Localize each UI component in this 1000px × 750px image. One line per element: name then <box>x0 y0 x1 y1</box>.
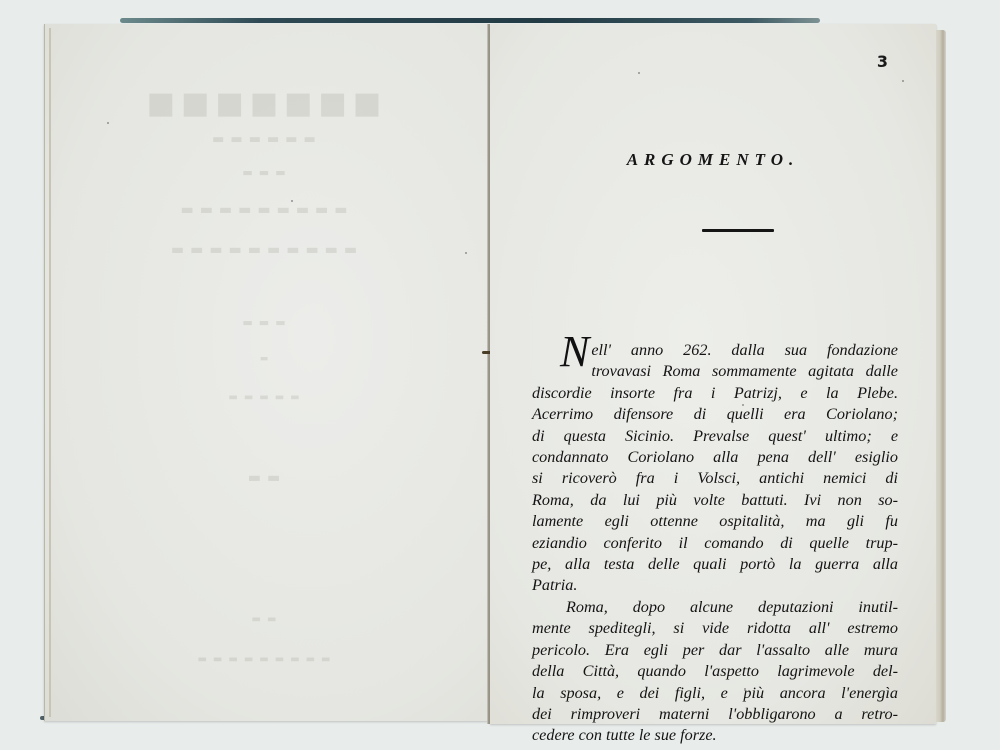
text-line: discordie insorte fra i Patrizj, e la Pl… <box>532 383 898 404</box>
text-line: lamente egli ottenne ospitalità, ma gli … <box>532 511 898 532</box>
show-through-text: ▬▬▬▬▬ <box>45 392 489 403</box>
text-line: dei rimproveri materni l'obbligarono a r… <box>532 704 898 725</box>
body-text: N ell' anno 262. dalla sua fondazione tr… <box>532 340 898 747</box>
show-through-text: ▬▬▬▬▬▬ <box>45 132 489 147</box>
show-through-text: ■■■■■■■ <box>45 86 489 121</box>
open-book: ■■■■■■■ ▬▬▬▬▬▬ ▬▬▬ ▬▬▬▬▬▬▬▬▬ ▬▬▬▬▬▬▬▬▬▬ … <box>0 0 1000 750</box>
text-line: mente speditegli, si vide ridotta all' e… <box>532 618 898 639</box>
book-cover-top-edge <box>120 18 820 23</box>
text-line: Roma, dopo alcune deputazioni inutil- <box>532 597 898 618</box>
decorative-rule <box>702 229 774 232</box>
drop-cap: N <box>560 337 589 367</box>
paragraph-2: Roma, dopo alcune deputazioni inutil- me… <box>532 597 898 747</box>
show-through-text: ▬▬▬ <box>45 166 489 179</box>
text-line: eziandio conferito il comando di quelle … <box>532 533 898 554</box>
text-line: la sposa, e dei figli, e più ancora l'en… <box>532 683 898 704</box>
show-through-text: ▬▬▬▬▬▬▬▬▬ <box>45 654 489 665</box>
text-line: Roma, da lui più volte battuti. Ivi non … <box>532 490 898 511</box>
right-page: 3 ARGOMENTO. N ell' anno 262. dalla sua … <box>490 24 936 724</box>
text-line: Patria. <box>532 575 898 596</box>
show-through-text: ▬▬ <box>45 470 489 486</box>
text-line: condannato Coriolano alla pena dell' esi… <box>532 447 898 468</box>
text-line: pe, alla testa delle quali portò la guer… <box>532 554 898 575</box>
text-line: cedere con tutte le sue forze. <box>532 725 898 746</box>
show-through-text: ▬ <box>45 354 489 364</box>
show-through-text: ▬▬▬ <box>45 316 489 329</box>
show-through-text: ▬▬ <box>45 614 489 625</box>
show-through-text: ▬▬▬▬▬▬▬▬▬ <box>45 202 489 218</box>
page-number: 3 <box>877 52 888 71</box>
left-page: ■■■■■■■ ▬▬▬▬▬▬ ▬▬▬ ▬▬▬▬▬▬▬▬▬ ▬▬▬▬▬▬▬▬▬▬ … <box>44 24 489 721</box>
text-line: pericolo. Era egli per dar l'assalto all… <box>532 640 898 661</box>
section-heading: ARGOMENTO. <box>490 150 936 170</box>
text-line: si ricoverò fra i Volsci, antichi nemici… <box>532 468 898 489</box>
text-line: di questa Sicinio. Prevalse quest' ultim… <box>532 426 898 447</box>
paragraph-1: N ell' anno 262. dalla sua fondazione tr… <box>532 340 898 597</box>
right-page-edge-stack <box>936 30 946 722</box>
text-line: Acerrimo difensore di quelli era Coriola… <box>532 404 898 425</box>
text-line: della Città, quando l'aspetto lagrimevol… <box>532 661 898 682</box>
show-through-text: ▬▬▬▬▬▬▬▬▬▬ <box>45 242 489 258</box>
